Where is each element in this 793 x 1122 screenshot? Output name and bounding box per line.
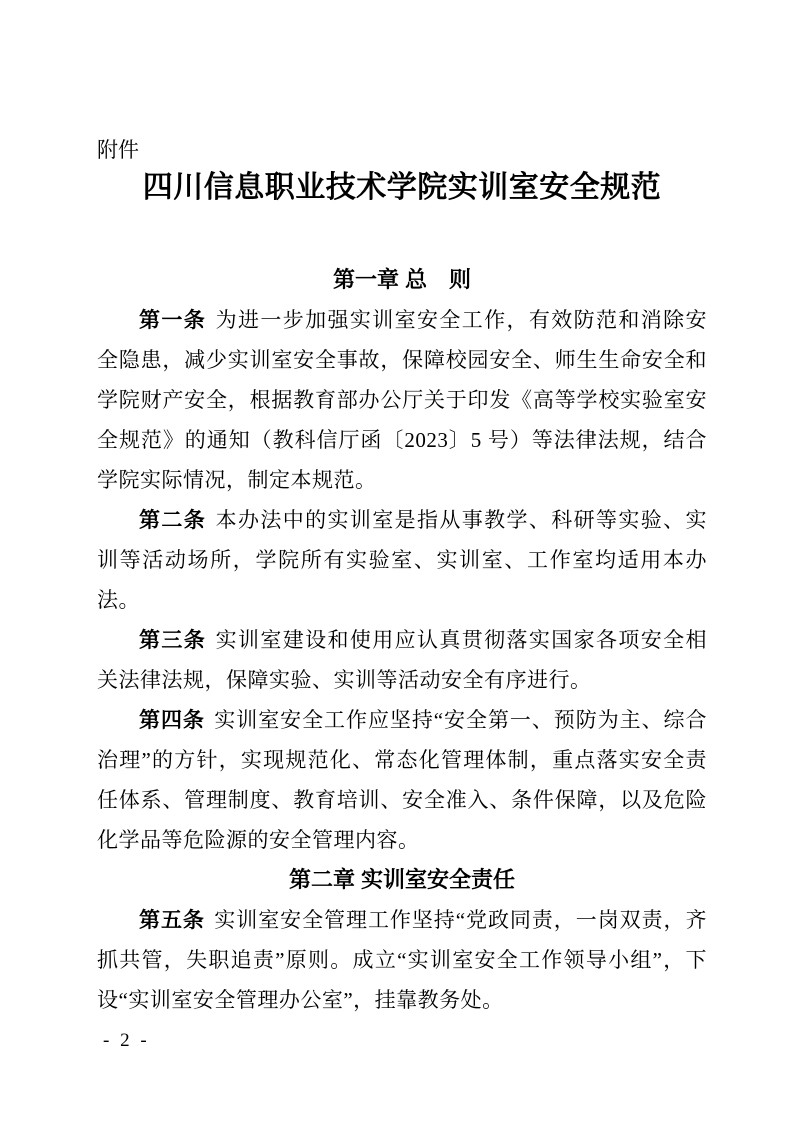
document-content: 附件 四川信息职业技术学院实训室安全规范 第一章 总 则 第一条为进一步加强实训… [97, 137, 707, 1020]
page-number: - 2 - [103, 1030, 150, 1052]
article-4-number: 第四条 [139, 708, 205, 732]
article-2-paragraph: 第二条本办法中的实训室是指从事教学、科研等实验、实训等活动场所，学院所有实验室、… [97, 500, 707, 620]
article-1-paragraph: 第一条为进一步加强实训室安全工作，有效防范和消除安全隐患，减少实训室安全事故，保… [97, 300, 707, 500]
document-title: 四川信息职业技术学院实训室安全规范 [97, 167, 707, 209]
chapter-1-heading: 第一章 总 则 [97, 260, 707, 300]
chapter-2-heading: 第二章 实训室安全责任 [97, 860, 707, 900]
article-3-number: 第三条 [139, 628, 206, 652]
article-3-paragraph: 第三条实训室建设和使用应认真贯彻落实国家各项安全相关法律法规，保障实验、实训等活… [97, 620, 707, 700]
article-2-number: 第二条 [139, 508, 206, 532]
article-4-paragraph: 第四条实训室安全工作应坚持“安全第一、预防为主、综合治理”的方针，实现规范化、常… [97, 700, 707, 860]
attachment-label: 附件 [97, 137, 707, 164]
article-5-paragraph: 第五条实训室安全管理工作坚持“党政同责，一岗双责，齐抓共管，失职追责”原则。成立… [97, 900, 707, 1020]
document-page: 附件 四川信息职业技术学院实训室安全规范 第一章 总 则 第一条为进一步加强实训… [0, 0, 793, 1122]
article-1-text: 为进一步加强实训室安全工作，有效防范和消除安全隐患，减少实训室安全事故，保障校园… [97, 308, 707, 492]
article-5-number: 第五条 [139, 908, 205, 932]
article-1-number: 第一条 [139, 308, 206, 332]
